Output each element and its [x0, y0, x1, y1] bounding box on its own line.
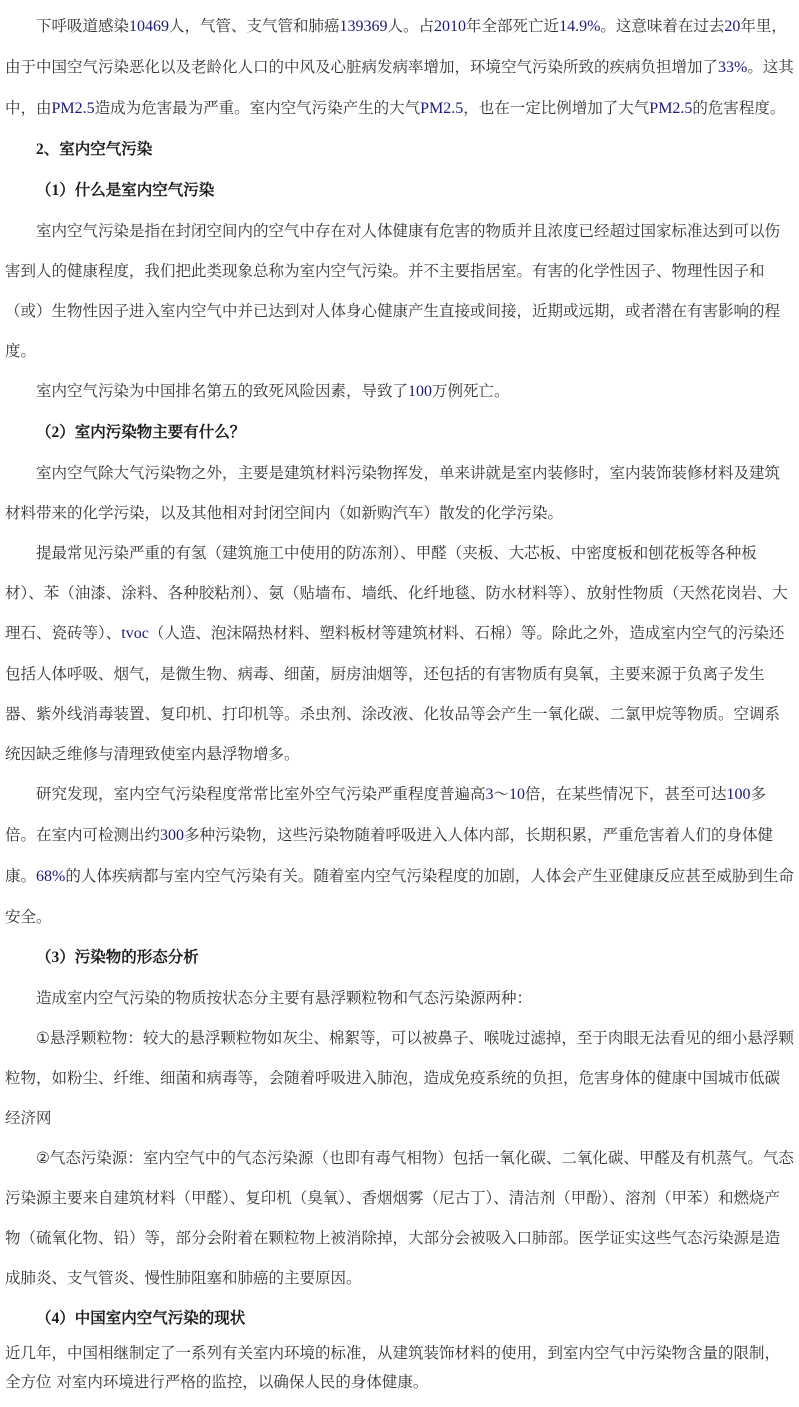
paragraph: 下呼吸道感染10469人，气管、支气管和肺癌139369人。占2010年全部死亡…	[5, 6, 795, 129]
paragraph: 造成室内空气污染的物质按状态分主要有悬浮颗粒物和气态污染源两种：	[5, 978, 795, 1018]
latin-numeral-text: 300	[160, 827, 184, 844]
latin-numeral-text: 3	[486, 786, 494, 803]
latin-numeral-text: PM2.5	[420, 100, 463, 117]
document-page: 下呼吸道感染10469人，气管、支气管和肺癌139369人。占2010年全部死亡…	[0, 0, 799, 1407]
paragraph: 室内空气污染是指在封闭空间内的空气中存在对人体健康有危害的物质并且浓度已经超过国…	[5, 211, 795, 371]
latin-numeral-text: 3	[52, 949, 60, 966]
latin-numeral-text: 68%	[36, 868, 65, 885]
section-heading: （2）室内污染物主要有什么？	[5, 412, 795, 453]
section-heading: 2、室内空气污染	[5, 129, 795, 170]
paragraph: 研究发现，室内空气污染程度常常比室外空气污染严重程度普遍高3～10倍，在某些情况…	[5, 774, 795, 937]
section-heading: （4）中国室内空气污染的现状	[5, 1298, 795, 1339]
document-body: 下呼吸道感染10469人，气管、支气管和肺癌139369人。占2010年全部死亡…	[5, 6, 795, 1397]
paragraph: 室内空气污染为中国排名第五的致死风险因素，导致了100万例死亡。	[5, 371, 795, 412]
latin-numeral-text: 14.9%	[559, 18, 600, 35]
latin-numeral-text: 100	[408, 383, 432, 400]
paragraph: ①悬浮颗粒物：较大的悬浮颗粒物如灰尘、棉絮等，可以被鼻子、喉咙过滤掉，至于肉眼无…	[5, 1018, 795, 1138]
latin-numeral-text: PM2.5	[649, 100, 692, 117]
paragraph: 近几年，中国相继制定了一系列有关室内环境的标准，从建筑装饰材料的使用，到室内空气…	[5, 1339, 795, 1397]
latin-numeral-text: 139369	[340, 18, 388, 35]
latin-numeral-text: PM2.5	[52, 100, 95, 117]
latin-numeral-text: 1	[52, 182, 60, 199]
latin-numeral-text: 20	[724, 18, 740, 35]
paragraph: ②气态污染源：室内空气中的气态污染源（也即有毒气相物）包括一氧化碳、二氧化碳、甲…	[5, 1138, 795, 1298]
latin-numeral-text: 2	[52, 424, 60, 441]
section-heading: （3）污染物的形态分析	[5, 937, 795, 978]
latin-numeral-text: 2	[36, 141, 44, 158]
latin-numeral-text: 2010	[434, 18, 466, 35]
latin-numeral-text: 100	[727, 786, 751, 803]
paragraph: 室内空气除大气污染物之外，主要是建筑材料污染物挥发，单来讲就是室内装修时，室内装…	[5, 453, 795, 533]
latin-numeral-text: 4	[52, 1310, 60, 1327]
latin-numeral-text: 10469	[129, 18, 169, 35]
paragraph: 提最常见污染严重的有氢（建筑施工中使用的防冻剂）、甲醛（夹板、大芯板、中密度板和…	[5, 533, 795, 774]
latin-numeral-text: 10	[509, 786, 525, 803]
section-heading: （1）什么是室内空气污染	[5, 170, 795, 211]
latin-numeral-text: tvoc	[121, 625, 149, 642]
latin-numeral-text: 33%	[718, 59, 747, 76]
